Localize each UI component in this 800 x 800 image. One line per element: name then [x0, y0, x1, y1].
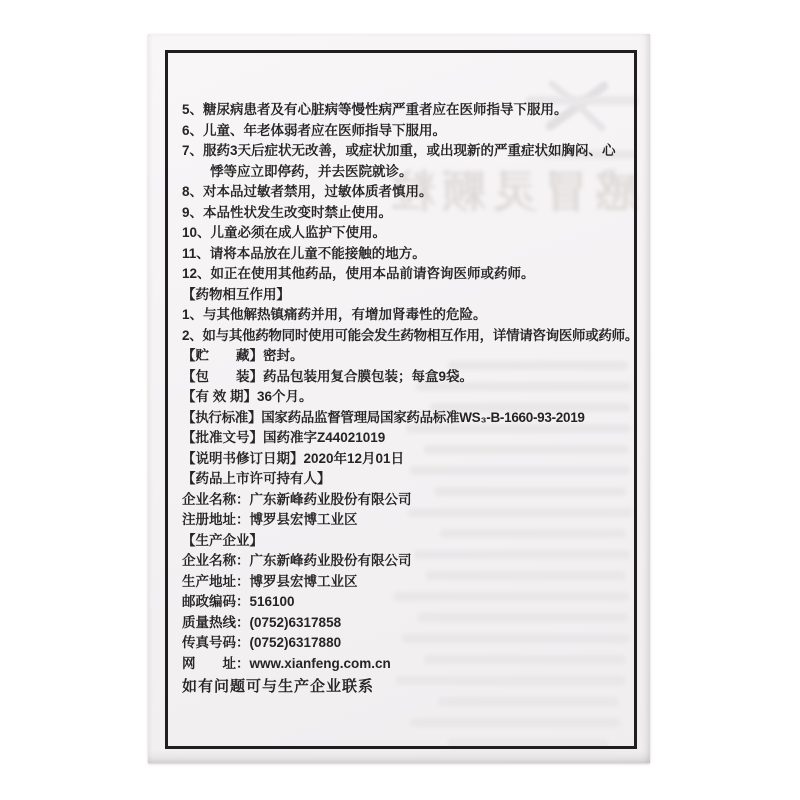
field-row-registered-address: 注册地址：博罗县宏博工业区 [182, 510, 626, 531]
notice-item: 9、本品性状发生改变时禁止使用。 [182, 203, 626, 224]
field-label: 【包 装】 [182, 369, 263, 384]
field-row-production-address: 生产地址：博罗县宏博工业区 [182, 572, 626, 593]
field-label: 【贮 藏】 [182, 348, 263, 363]
field-value: 516100 [250, 594, 295, 609]
item-number: 7、 [182, 143, 203, 158]
item-text: 对本品过敏者禁用，过敏体质者慎用。 [203, 184, 433, 199]
item-text: 本品性状发生改变时禁止使用。 [203, 205, 392, 220]
section-header-drug-interactions: 【药物相互作用】 [182, 285, 626, 306]
field-label: 企业名称： [182, 492, 250, 507]
field-value: 博罗县宏博工业区 [250, 512, 358, 527]
notice-item: 6、儿童、年老体弱者应在医师指导下服用。 [182, 121, 626, 142]
item-text: 如与其他药物同时使用可能会发生药物相互作用，详情请咨询医师或药师。 [202, 328, 638, 343]
notice-item: 10、儿童必须在成人监护下使用。 [182, 223, 626, 244]
field-row-shelf-life: 【有 效 期】36个月。 [182, 387, 626, 408]
field-label: 【批准文号】 [182, 430, 263, 445]
field-row-website: 网 址：www.xianfeng.com.cn [182, 654, 626, 675]
notice-item: 7、服药3天后症状无改善，或症状加重，或出现新的严重症状如胸闷、心悸等应立即停药… [182, 141, 626, 182]
field-row-revision-date: 【说明书修订日期】2020年12月01日 [182, 449, 626, 470]
field-label: 【有 效 期】 [182, 389, 257, 404]
item-text: 如正在使用其他药品，使用本品前请咨询医师或药师。 [211, 266, 535, 281]
field-label: 邮政编码： [182, 594, 250, 609]
package-insert-paper: 感冒灵颗粒 5、糖尿病患者及有心脏病等慢性病严重者应在医师指导下服用。 6、儿童… [148, 34, 650, 763]
interaction-item: 1、与其他解热镇痛药并用，有增加肾毒性的危险。 [182, 305, 626, 326]
field-value: 博罗县宏博工业区 [250, 574, 358, 589]
field-row-approval-number: 【批准文号】国药准字Z44021019 [182, 428, 626, 449]
field-row-quality-hotline: 质量热线：(0752)6317858 [182, 613, 626, 634]
item-text: 儿童必须在成人监护下使用。 [211, 225, 387, 240]
item-number: 2、 [182, 328, 202, 343]
item-number: 12、 [182, 266, 211, 281]
field-label: 质量热线： [182, 615, 250, 630]
section-header-manufacturer: 【生产企业】 [182, 531, 626, 552]
field-row-company-name: 企业名称：广东新峰药业股份有限公司 [182, 551, 626, 572]
field-label: 企业名称： [182, 553, 250, 568]
section-header-license-holder: 【药品上市许可持有人】 [182, 469, 626, 490]
field-value: 广东新峰药业股份有限公司 [250, 492, 412, 507]
item-text: 儿童、年老体弱者应在医师指导下服用。 [203, 123, 446, 138]
field-label: 网 址： [182, 656, 250, 671]
notice-item: 11、请将本品放在儿童不能接触的地方。 [182, 244, 626, 265]
field-value: 药品包装用复合膜包装；每盒9袋。 [263, 369, 473, 384]
field-value: 国家药品监督管理局国家药品标准WS₃-B-1660-93-2019 [261, 410, 584, 425]
field-value: 国药准字Z44021019 [263, 430, 385, 445]
notice-item: 5、糖尿病患者及有心脏病等慢性病严重者应在医师指导下服用。 [182, 100, 626, 121]
field-label: 生产地址： [182, 574, 250, 589]
field-value: 密封。 [263, 348, 304, 363]
item-number: 9、 [182, 205, 203, 220]
field-label: 【执行标准】 [182, 410, 261, 425]
field-value: 2020年12月01日 [304, 451, 405, 466]
item-number: 10、 [182, 225, 211, 240]
interaction-item: 2、如与其他药物同时使用可能会发生药物相互作用，详情请咨询医师或药师。 [182, 326, 626, 347]
field-row-postal-code: 邮政编码：516100 [182, 592, 626, 613]
field-label: 【生产企业】 [182, 533, 263, 548]
contact-manufacturer-note: 如有问题可与生产企业联系 [182, 677, 626, 698]
field-row-packaging: 【包 装】药品包装用复合膜包装；每盒9袋。 [182, 367, 626, 388]
item-text: 服药3天后症状无改善，或症状加重，或出现新的严重症状如胸闷、心悸等应立即停药，并… [203, 143, 616, 179]
field-value: 36个月。 [257, 389, 313, 404]
item-number: 6、 [182, 123, 203, 138]
insert-border-frame: 5、糖尿病患者及有心脏病等慢性病严重者应在医师指导下服用。 6、儿童、年老体弱者… [165, 50, 637, 749]
field-label: 传真号码： [182, 635, 250, 650]
field-row-standard: 【执行标准】国家药品监督管理局国家药品标准WS₃-B-1660-93-2019 [182, 408, 626, 429]
field-row-company-name: 企业名称：广东新峰药业股份有限公司 [182, 490, 626, 511]
notice-item: 8、对本品过敏者禁用，过敏体质者慎用。 [182, 182, 626, 203]
notice-item: 12、如正在使用其他药品，使用本品前请咨询医师或药师。 [182, 264, 626, 285]
item-text: 请将本品放在儿童不能接触的地方。 [210, 246, 426, 261]
item-number: 1、 [182, 307, 203, 322]
field-label: 注册地址： [182, 512, 250, 527]
field-label: 【药品上市许可持有人】 [182, 471, 331, 486]
item-number: 5、 [182, 102, 203, 117]
field-value: (0752)6317858 [250, 615, 342, 630]
field-row-storage: 【贮 藏】密封。 [182, 346, 626, 367]
item-number: 8、 [182, 184, 203, 199]
item-text: 与其他解热镇痛药并用，有增加肾毒性的危险。 [203, 307, 487, 322]
field-value: (0752)6317880 [250, 635, 342, 650]
field-value: 广东新峰药业股份有限公司 [250, 553, 412, 568]
item-text: 糖尿病患者及有心脏病等慢性病严重者应在医师指导下服用。 [203, 102, 568, 117]
field-label: 【说明书修订日期】 [182, 451, 304, 466]
field-row-fax-number: 传真号码：(0752)6317880 [182, 633, 626, 654]
item-number: 11、 [182, 246, 210, 261]
field-value: www.xianfeng.com.cn [250, 656, 391, 671]
